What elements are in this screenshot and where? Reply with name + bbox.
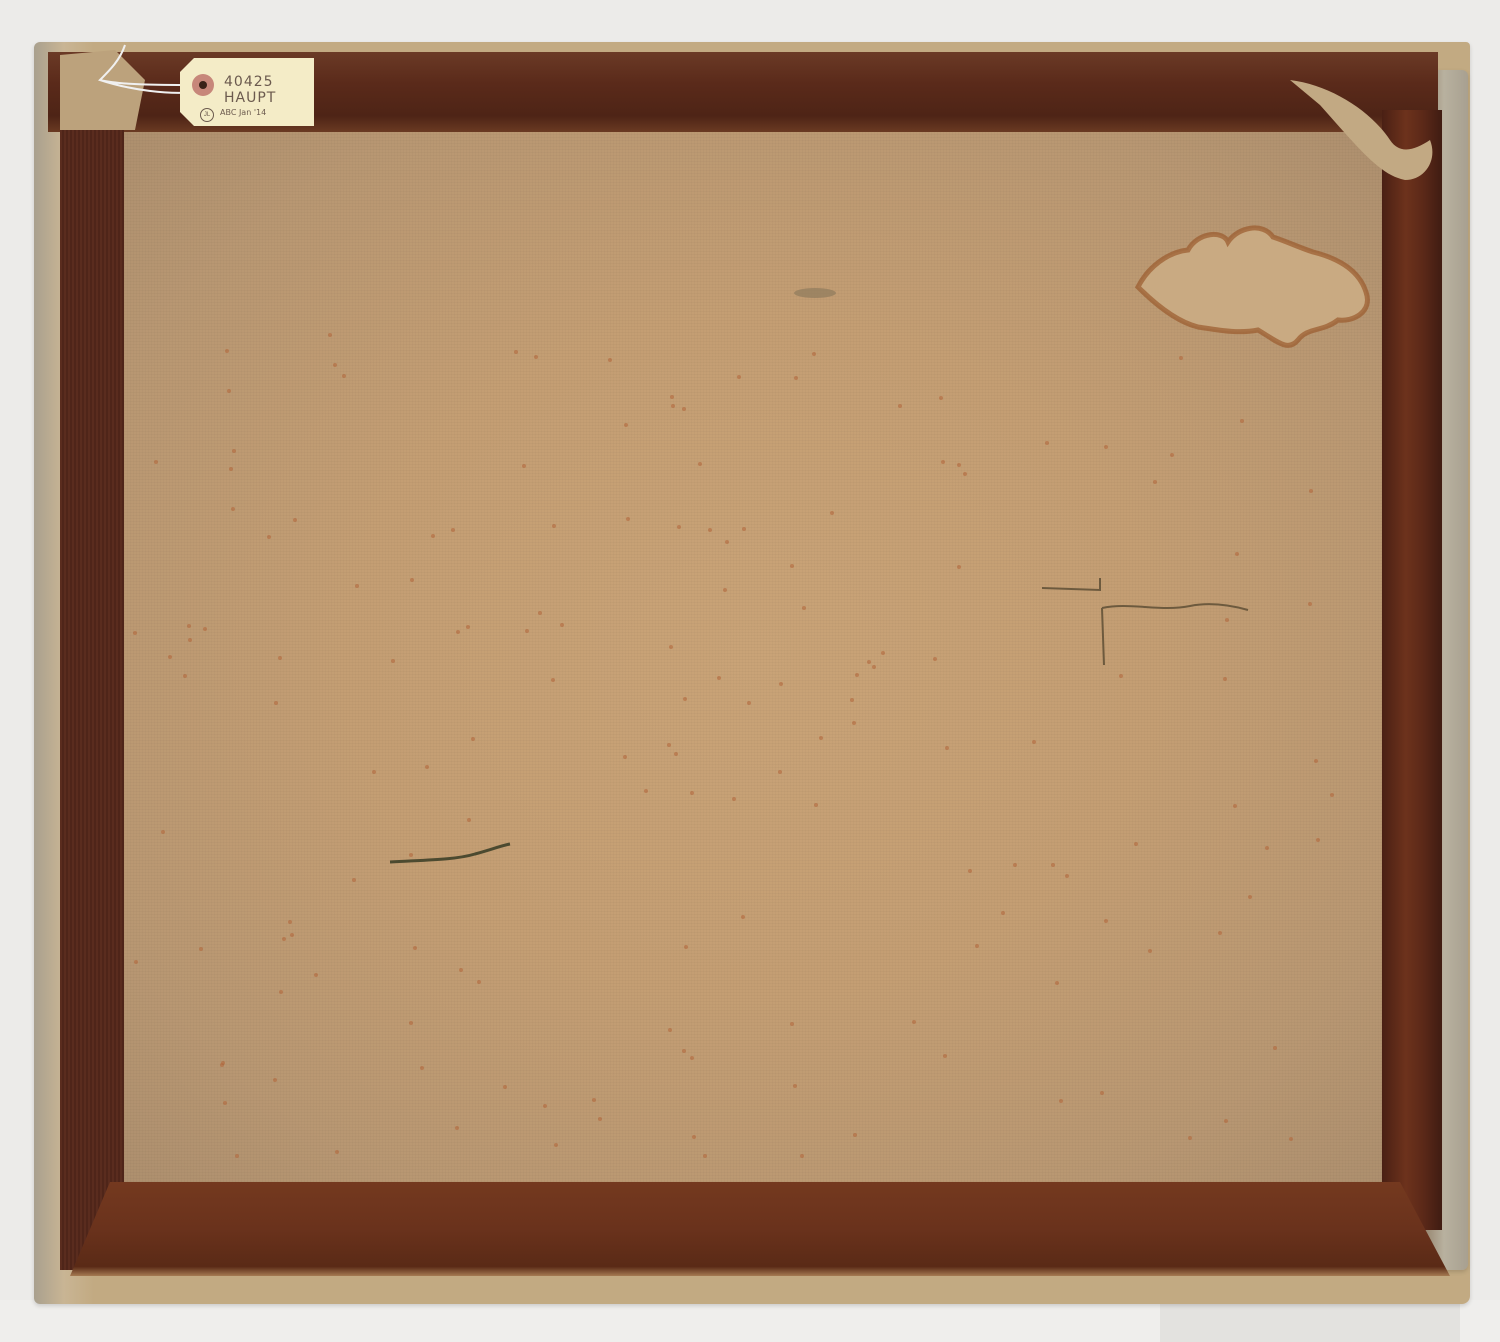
foxing-spot <box>355 584 359 588</box>
foxing-spot <box>1051 863 1055 867</box>
foxing-spot <box>471 737 475 741</box>
foxing-spot <box>1059 1099 1063 1103</box>
foxing-spot <box>814 803 818 807</box>
stretcher-bar-right <box>1382 110 1442 1230</box>
foxing-spot <box>431 534 435 538</box>
foxing-spot <box>941 460 945 464</box>
foxing-spot <box>455 1126 459 1130</box>
foxing-spot <box>703 1154 707 1158</box>
foxing-spot <box>1309 489 1313 493</box>
foxing-spot <box>514 350 518 354</box>
foxing-spot <box>669 645 673 649</box>
foxing-spot <box>853 1133 857 1137</box>
tag-inventory-number: 40425 HAUPT <box>224 74 314 106</box>
foxing-spot <box>1308 602 1312 606</box>
foxing-spot <box>794 376 798 380</box>
foxing-spot <box>623 755 627 759</box>
foxing-spot <box>503 1085 507 1089</box>
foxing-spot <box>957 565 961 569</box>
foxing-spot <box>425 765 429 769</box>
foxing-spot <box>1055 981 1059 985</box>
foxing-spot <box>1330 793 1334 797</box>
foxing-spot <box>231 507 235 511</box>
foxing-spot <box>682 1049 686 1053</box>
foxing-spot <box>1104 445 1108 449</box>
foxing-spot <box>850 698 854 702</box>
foxing-spot <box>1289 1137 1293 1141</box>
foxing-spot <box>282 937 286 941</box>
foxing-spot <box>626 517 630 521</box>
foxing-spot <box>968 869 972 873</box>
foxing-spot <box>1032 740 1036 744</box>
foxing-spot <box>278 656 282 660</box>
foxing-spot <box>267 535 271 539</box>
foxing-spot <box>802 606 806 610</box>
foxing-spot <box>1235 552 1239 556</box>
stretcher-bar-bottom <box>70 1182 1450 1276</box>
foxing-spot <box>279 990 283 994</box>
foxing-spot <box>274 701 278 705</box>
foxing-spot <box>1248 895 1252 899</box>
foxing-spot <box>314 973 318 977</box>
foxing-spot <box>1148 949 1152 953</box>
foxing-spot <box>288 920 292 924</box>
foxing-spot <box>293 518 297 522</box>
foxing-spot <box>1170 453 1174 457</box>
foxing-spot <box>690 1056 694 1060</box>
foxing-spot <box>912 1020 916 1024</box>
foxing-spot <box>708 528 712 532</box>
foxing-spot <box>933 657 937 661</box>
foxing-spot <box>459 968 463 972</box>
foxing-spot <box>1223 677 1227 681</box>
foxing-spot <box>161 830 165 834</box>
foxing-spot <box>477 980 481 984</box>
foxing-spot <box>667 743 671 747</box>
foxing-spot <box>1188 1136 1192 1140</box>
foxing-spot <box>203 627 207 631</box>
foxing-spot <box>670 395 674 399</box>
foxing-spot <box>168 655 172 659</box>
foxing-spot <box>154 460 158 464</box>
foxing-spot <box>737 375 741 379</box>
foxing-spot <box>1316 838 1320 842</box>
foxing-spot <box>188 638 192 642</box>
foxing-spot <box>624 423 628 427</box>
foxing-spot <box>133 631 137 635</box>
tag-date-note: ABC Jan '14 <box>220 108 266 117</box>
foxing-spot <box>975 944 979 948</box>
foxing-spot <box>413 946 417 950</box>
foxing-spot <box>554 1143 558 1147</box>
foxing-spot <box>551 678 555 682</box>
tear-horizontal <box>385 840 515 870</box>
foxing-spot <box>779 682 783 686</box>
foxing-spot <box>668 1028 672 1032</box>
foxing-spot <box>235 1154 239 1158</box>
foxing-spot <box>466 625 470 629</box>
foxing-spot <box>945 746 949 750</box>
foxing-spot <box>187 624 191 628</box>
foxing-spot <box>1134 842 1138 846</box>
foxing-spot <box>229 467 233 471</box>
foxing-spot <box>684 945 688 949</box>
foxing-spot <box>1153 480 1157 484</box>
foxing-spot <box>409 1021 413 1025</box>
foxing-spot <box>1065 874 1069 878</box>
foxing-spot <box>1179 356 1183 360</box>
foxing-spot <box>1265 846 1269 850</box>
foxing-spot <box>183 674 187 678</box>
foxing-spot <box>1224 1119 1228 1123</box>
foxing-spot <box>538 611 542 615</box>
foxing-spot <box>221 1061 225 1065</box>
foxing-spot <box>552 524 556 528</box>
foxing-spot <box>943 1054 947 1058</box>
foxing-spot <box>957 463 961 467</box>
foxing-spot <box>420 1066 424 1070</box>
tag-string <box>0 0 200 120</box>
foxing-spot <box>352 878 356 882</box>
foxing-spot <box>391 659 395 663</box>
foxing-spot <box>830 511 834 515</box>
foxing-spot <box>1314 759 1318 763</box>
foxing-spot <box>1119 674 1123 678</box>
foxing-spot <box>525 629 529 633</box>
foxing-spot <box>1273 1046 1277 1050</box>
foxing-spot <box>723 588 727 592</box>
foxing-spot <box>220 1063 224 1067</box>
foxing-spot <box>134 960 138 964</box>
foxing-spot <box>674 752 678 756</box>
foxing-spot <box>852 721 856 725</box>
foxing-spot <box>1045 441 1049 445</box>
foxing-spot <box>790 564 794 568</box>
foxing-spot <box>778 770 782 774</box>
foxing-spot <box>790 1022 794 1026</box>
foxing-spot <box>725 540 729 544</box>
foxing-spot <box>342 374 346 378</box>
foxing-spot <box>683 697 687 701</box>
inventory-tag: 40425 HAUPT JL ABC Jan '14 <box>180 58 314 126</box>
foxing-spot <box>335 1150 339 1154</box>
foxing-spot <box>939 396 943 400</box>
foxing-spot <box>793 1084 797 1088</box>
foxing-spot <box>522 464 526 468</box>
foxing-spot <box>592 1098 596 1102</box>
foxing-spot <box>333 363 337 367</box>
foxing-spot <box>232 449 236 453</box>
foxing-spot <box>1233 804 1237 808</box>
dirt-mark <box>794 288 836 298</box>
foxing-spot <box>690 791 694 795</box>
foxing-spot <box>451 528 455 532</box>
foxing-spot <box>1100 1091 1104 1095</box>
foxing-spot <box>467 818 471 822</box>
foxing-spot <box>1240 419 1244 423</box>
foxing-spot <box>328 333 332 337</box>
tear-t-shaped <box>1040 570 1250 670</box>
foxing-spot <box>199 947 203 951</box>
foxing-spot <box>812 352 816 356</box>
foxing-spot <box>644 789 648 793</box>
foxing-spot <box>227 389 231 393</box>
foxing-spot <box>560 623 564 627</box>
foxing-spot <box>742 527 746 531</box>
foxing-spot <box>872 665 876 669</box>
foxing-spot <box>1104 919 1108 923</box>
foxing-spot <box>682 407 686 411</box>
foxing-spot <box>698 462 702 466</box>
foxing-spot <box>717 676 721 680</box>
canvas-flap-top-right <box>1290 70 1440 200</box>
foxing-spot <box>677 525 681 529</box>
stretcher-bar-left <box>60 110 124 1270</box>
foxing-spot <box>963 472 967 476</box>
tag-hole <box>192 74 214 96</box>
foxing-spot <box>800 1154 804 1158</box>
water-stain <box>1128 212 1373 352</box>
foxing-spot <box>855 673 859 677</box>
foxing-spot <box>898 404 902 408</box>
foxing-spot <box>273 1078 277 1082</box>
foxing-spot <box>671 404 675 408</box>
foxing-spot <box>290 933 294 937</box>
foxing-spot <box>867 660 871 664</box>
foxing-spot <box>372 770 376 774</box>
foxing-spot <box>741 915 745 919</box>
foxing-spot <box>1001 911 1005 915</box>
foxing-spot <box>692 1135 696 1139</box>
foxing-spot <box>223 1101 227 1105</box>
foxing-spot <box>608 358 612 362</box>
foxing-spot <box>747 701 751 705</box>
foxing-spot <box>1013 863 1017 867</box>
foxing-spot <box>881 651 885 655</box>
tag-circled-mark: JL <box>200 108 214 122</box>
foxing-spot <box>534 355 538 359</box>
foxing-spot <box>819 736 823 740</box>
foxing-spot <box>1218 931 1222 935</box>
foxing-spot <box>225 349 229 353</box>
foxing-spot <box>456 630 460 634</box>
foxing-spot <box>543 1104 547 1108</box>
foxing-spot <box>598 1117 602 1121</box>
foxing-spot <box>732 797 736 801</box>
foxing-spot <box>410 578 414 582</box>
